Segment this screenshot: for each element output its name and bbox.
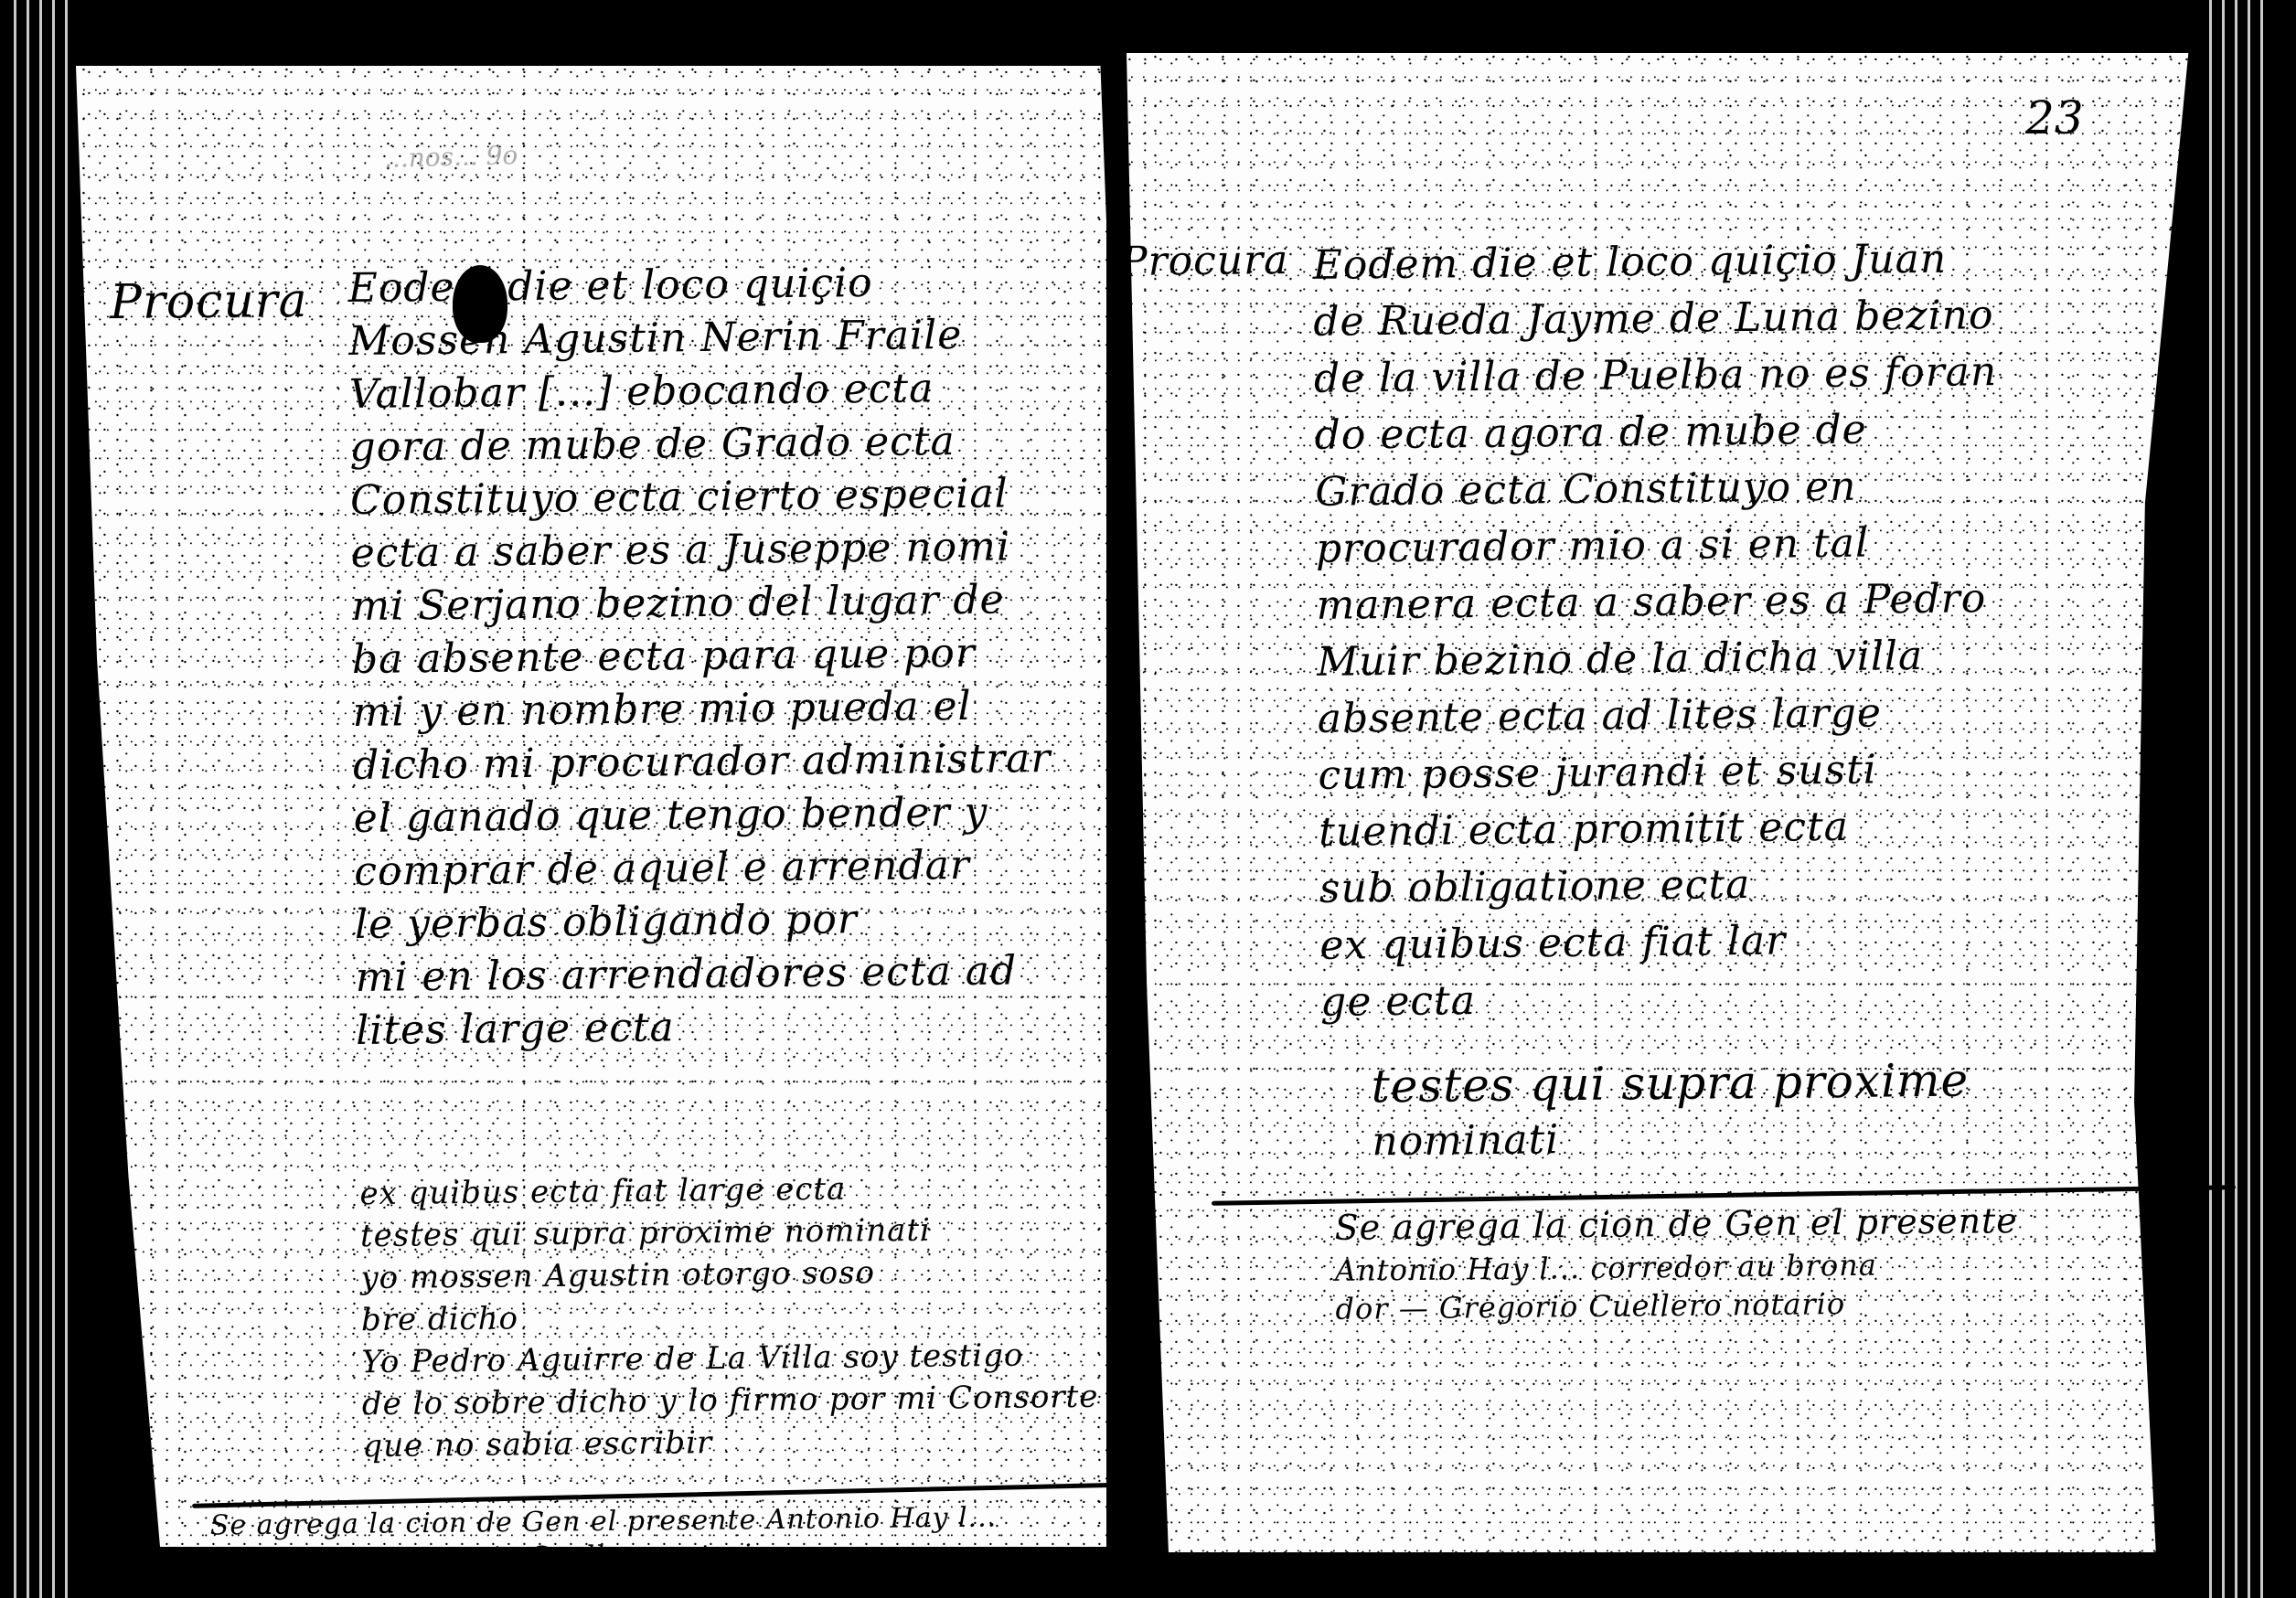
text-line: Eodem die et loco quiçio <box>347 261 1046 309</box>
text-line: ge ecta <box>1320 975 2004 1023</box>
text-line: do ecta agora de mube de <box>1314 409 1998 456</box>
text-line: Eodem die et loco quiçio Juan <box>1312 239 1996 286</box>
text-line: el ganado que tengo bender y <box>354 792 1052 839</box>
text-line: comprar de aquel e arrendar <box>354 845 1052 892</box>
text-line: Vallobar [...] ebocando ecta <box>349 368 1048 415</box>
text-line: mi en los arrendadores ecta ad <box>355 951 1053 998</box>
left-margin-heading: Procura <box>110 273 308 330</box>
right-closing-text: testes qui supra proxime nominati <box>1371 1058 1969 1163</box>
text-line: Mossen Agustin Nerin Fraile <box>348 314 1047 362</box>
text-line: manera ecta a saber es a Pedro <box>1316 579 2000 626</box>
text-line: ex quibus ecta fiat lar <box>1319 919 2003 966</box>
right-page-edges <box>2205 0 2269 1598</box>
text-line: Antonio Hay l... corredor au brona <box>1335 1249 2019 1285</box>
text-line: lites large ecta <box>356 1004 1054 1051</box>
text-line: Muir bezino de la dicha villa <box>1317 635 2001 683</box>
left-entry-text: Eodem die et loco quiçio Mossen Agustin … <box>347 261 1053 1064</box>
text-line: Yo Pedro Aguirre de La Villa soy testigo <box>361 1339 1098 1378</box>
text-line: procurador mio a si en tal <box>1316 522 2000 570</box>
text-line: yo mossen Agustin otorgo soso <box>360 1255 1097 1294</box>
text-line: Grado ecta Constituyo en <box>1315 465 1999 513</box>
bleed-through-text: ...nos... 9o <box>384 140 518 174</box>
page-number: 23 <box>2025 91 2084 144</box>
scan-top-border <box>0 0 2296 57</box>
text-line: ecta a saber es a Juseppe nomi <box>351 527 1050 574</box>
left-footer-text: Se agrega la cion de Gen el presente Ant… <box>210 1504 998 1574</box>
text-line: testes qui supra proxime nominati <box>360 1213 1097 1252</box>
left-page-edges <box>9 0 73 1598</box>
text-line: Se agrega la cion de Gen el presente <box>1334 1203 2018 1245</box>
right-margin-heading: Procura <box>1120 237 1289 285</box>
text-line: Constituyo ecta cierto especial <box>350 474 1049 521</box>
text-line: sub obligatione ecta <box>1319 862 2003 910</box>
text-line: dicho mi procurador administrar <box>353 739 1052 786</box>
text-line: de la villa de Puelba no es foran <box>1314 352 1998 399</box>
text-line: testes qui supra proxime <box>1371 1058 1969 1110</box>
text-line: bre dicho <box>361 1297 1098 1336</box>
text-line: que no sabia escribir <box>362 1423 1099 1462</box>
right-footer-text: Se agrega la cion de Gen el presente Ant… <box>1334 1203 2019 1324</box>
right-entry-text: Eodem die et loco quiçio Juan de Rueda J… <box>1312 239 2003 1039</box>
text-line: cum posse jurandi et susti <box>1318 749 2002 796</box>
text-line: mi Serjano bezino del lugar de <box>351 580 1050 627</box>
text-line: de Rueda Jayme de Luna bezino <box>1313 295 1997 343</box>
text-line: mi y en nombre mio pueda el <box>352 686 1051 733</box>
text-line: le yerbas obligando por <box>355 898 1053 945</box>
text-line: ba absente ecta para que por <box>352 633 1051 680</box>
text-line: de lo sobre dicho y lo firmo por mi Cons… <box>362 1381 1099 1420</box>
left-closing-text: ex quibus ecta fiat large ecta testes qu… <box>359 1171 1099 1473</box>
text-line: nominati <box>1372 1116 1970 1163</box>
text-line: ex quibus ecta fiat large ecta <box>359 1171 1096 1209</box>
text-line: absente ecta ad lites large <box>1318 692 2002 740</box>
text-line: gora de mube de Grado ecta <box>349 421 1048 468</box>
text-line: tuendi ecta promitit ecta <box>1319 805 2002 853</box>
text-line: Se agrega la cion de Gen el presente Ant… <box>210 1504 998 1539</box>
